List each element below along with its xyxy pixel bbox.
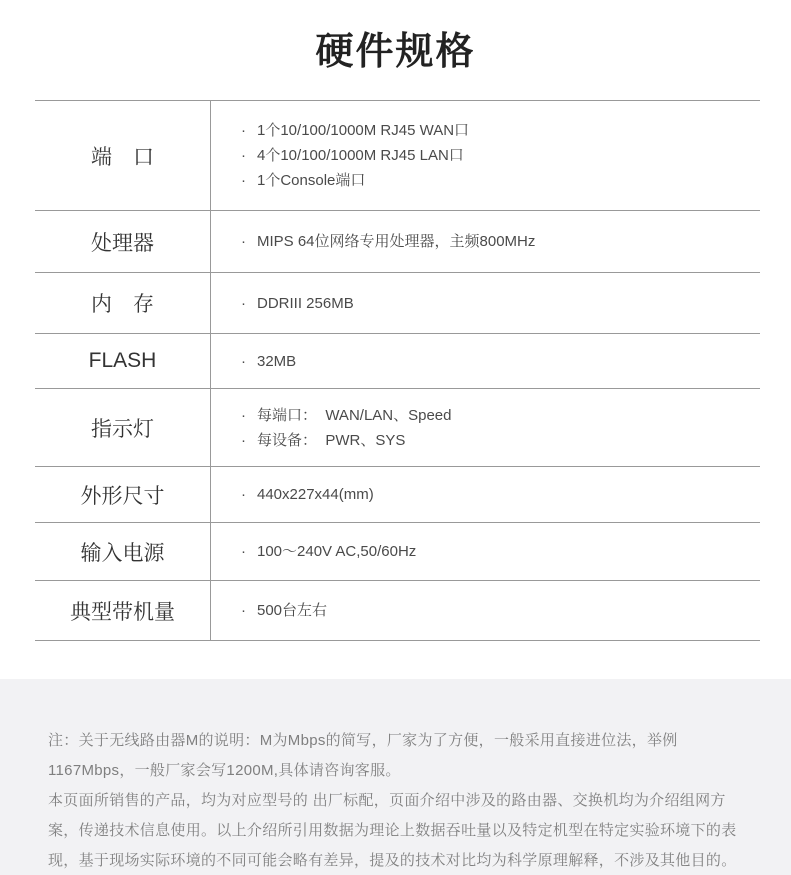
- spec-values: · 440x227x44(mm): [211, 467, 760, 522]
- spec-item: · 1个Console端口: [241, 168, 750, 193]
- bullet-icon: ·: [241, 118, 257, 143]
- spec-row: FLASH · 32MB: [35, 334, 760, 389]
- spec-item: · MIPS 64位网络专用处理器，主频800MHz: [241, 229, 750, 254]
- bullet-icon: ·: [241, 482, 257, 507]
- spec-values: · 32MB: [211, 334, 760, 388]
- spec-values: · MIPS 64位网络专用处理器，主频800MHz: [211, 211, 760, 272]
- spec-item-text: 100～240V AC,50/60Hz: [257, 539, 416, 564]
- footer-notes: 注：关于无线路由器M的说明：M为Mbps的简写，厂家为了方便，一般采用直接进位法…: [0, 679, 791, 875]
- spec-label: 端 口: [35, 101, 211, 210]
- bullet-icon: ·: [241, 229, 257, 254]
- spec-values: · 每端口： WAN/LAN、Speed · 每设备： PWR、SYS: [211, 389, 760, 466]
- spec-label: 典型带机量: [35, 581, 211, 640]
- spec-item-text: DDRIII 256MB: [257, 291, 354, 316]
- spec-item: · 440x227x44(mm): [241, 482, 750, 507]
- page-title: 硬件规格: [0, 0, 791, 100]
- spec-item-text: 每端口： WAN/LAN、Speed: [257, 403, 452, 428]
- bullet-icon: ·: [241, 403, 257, 428]
- spec-item: · DDRIII 256MB: [241, 291, 750, 316]
- spec-item: · 500台左右: [241, 598, 750, 623]
- spec-label: 输入电源: [35, 523, 211, 580]
- spec-values: · 100～240V AC,50/60Hz: [211, 523, 760, 580]
- footer-note: 注：关于无线路由器M的说明：M为Mbps的简写，厂家为了方便，一般采用直接进位法…: [48, 726, 755, 786]
- spec-values: · 500台左右: [211, 581, 760, 640]
- spec-item: · 1个10/100/1000M RJ45 WAN口: [241, 118, 750, 143]
- spec-item-text: 440x227x44(mm): [257, 482, 374, 507]
- spec-item-text: 1个Console端口: [257, 168, 365, 193]
- spec-label: 外形尺寸: [35, 467, 211, 522]
- spec-item-text: 32MB: [257, 349, 296, 374]
- bullet-icon: ·: [241, 168, 257, 193]
- spec-label: 处理器: [35, 211, 211, 272]
- spec-item: · 100～240V AC,50/60Hz: [241, 539, 750, 564]
- spec-row: 端 口 · 1个10/100/1000M RJ45 WAN口 · 4个10/10…: [35, 101, 760, 211]
- spec-item-text: MIPS 64位网络专用处理器，主频800MHz: [257, 229, 535, 254]
- spec-row: 内 存 · DDRIII 256MB: [35, 273, 760, 334]
- spec-item: · 4个10/100/1000M RJ45 LAN口: [241, 143, 750, 168]
- footer-disclaimer: 本页面所销售的产品，均为对应型号的 出厂标配，页面介绍中涉及的路由器、交换机均为…: [48, 786, 755, 875]
- spec-row: 典型带机量 · 500台左右: [35, 581, 760, 641]
- spec-item: · 每端口： WAN/LAN、Speed: [241, 403, 750, 428]
- spec-label: 内 存: [35, 273, 211, 333]
- bullet-icon: ·: [241, 428, 257, 453]
- hardware-spec-table: 端 口 · 1个10/100/1000M RJ45 WAN口 · 4个10/10…: [35, 100, 760, 641]
- bullet-icon: ·: [241, 349, 257, 374]
- spec-row: 指示灯 · 每端口： WAN/LAN、Speed · 每设备： PWR、SYS: [35, 389, 760, 467]
- spec-values: · DDRIII 256MB: [211, 273, 760, 333]
- spec-item: · 每设备： PWR、SYS: [241, 428, 750, 453]
- spec-item-text: 1个10/100/1000M RJ45 WAN口: [257, 118, 469, 143]
- spec-item-text: 每设备： PWR、SYS: [257, 428, 405, 453]
- bullet-icon: ·: [241, 143, 257, 168]
- spec-item-text: 500台左右: [257, 598, 327, 623]
- bullet-icon: ·: [241, 291, 257, 316]
- bullet-icon: ·: [241, 598, 257, 623]
- spec-item: · 32MB: [241, 349, 750, 374]
- spec-row: 处理器 · MIPS 64位网络专用处理器，主频800MHz: [35, 211, 760, 273]
- spec-item-text: 4个10/100/1000M RJ45 LAN口: [257, 143, 464, 168]
- spec-row: 输入电源 · 100～240V AC,50/60Hz: [35, 523, 760, 581]
- bullet-icon: ·: [241, 539, 257, 564]
- spec-label: FLASH: [35, 334, 211, 388]
- spec-label: 指示灯: [35, 389, 211, 466]
- spec-row: 外形尺寸 · 440x227x44(mm): [35, 467, 760, 523]
- spec-values: · 1个10/100/1000M RJ45 WAN口 · 4个10/100/10…: [211, 101, 760, 210]
